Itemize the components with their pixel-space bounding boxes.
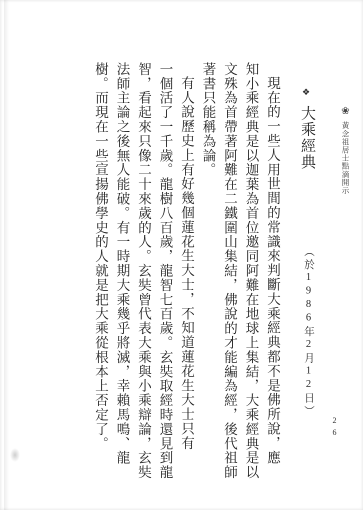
text-column: 法師主論之後無人能破。有一時期大乘幾乎將滅，幸賴馬鳴、龍 (111, 62, 133, 482)
text-column: 文殊為首帶著阿難在二鐵圍山集結，佛說的才能編為經，後代祖師 (219, 62, 241, 482)
section-marker-icon: ❖ (302, 88, 312, 99)
body-text: 現在的一些人用世間的常識來判斷大乘經典都不是佛所說，應 知小乘經典是以迦葉為首位… (87, 62, 283, 482)
scan-smudge (10, 448, 20, 462)
date-text: 於1986年2月12日 (303, 259, 314, 406)
text-column: 智，看起來只像二十來歲的人。玄奘曾代表大乘與小乘辯論，玄奘 (133, 62, 155, 482)
book-page: ❀黃念祖居士點滴開示 26 ❖大乘經典 （於1986年2月12日） 現在的一些人… (0, 0, 363, 510)
date-open-paren: （ (303, 246, 314, 259)
text-column: 有人說歷史上有好幾個蓮花生大士，不知道蓮花生大士只有 (176, 62, 198, 482)
scan-gutter-shadow (4, 0, 9, 510)
running-header: ❀黃念祖居士點滴開示 (340, 106, 351, 195)
section-title-text: 大乘經典 (299, 105, 315, 170)
book-title: 黃念祖居士點滴開示 (341, 122, 350, 195)
date-close-paren: ） (303, 406, 314, 419)
section-title: ❖大乘經典 (297, 88, 318, 170)
text-column: 著書只能稱為論。 (197, 62, 219, 482)
text-column: 現在的一些人用世間的常識來判斷大乘經典都不是佛所說，應 (262, 62, 284, 482)
section-date: （於1986年2月12日） (301, 246, 316, 419)
text-column: 一個活了一千歲。龍樹八百歲，龍智七百歲。玄奘取經時還見到龍 (154, 62, 176, 482)
text-column: 知小乘經典是以迦葉為首位邀同阿難在地球上集結，大乘經典是以 (240, 62, 262, 482)
flower-ornament-icon: ❀ (340, 106, 351, 118)
page-number: 26 (330, 416, 339, 440)
text-column: 樹。而現在一些宣揚佛學史的人就是把大乘從根本上否定了。 (90, 62, 112, 482)
